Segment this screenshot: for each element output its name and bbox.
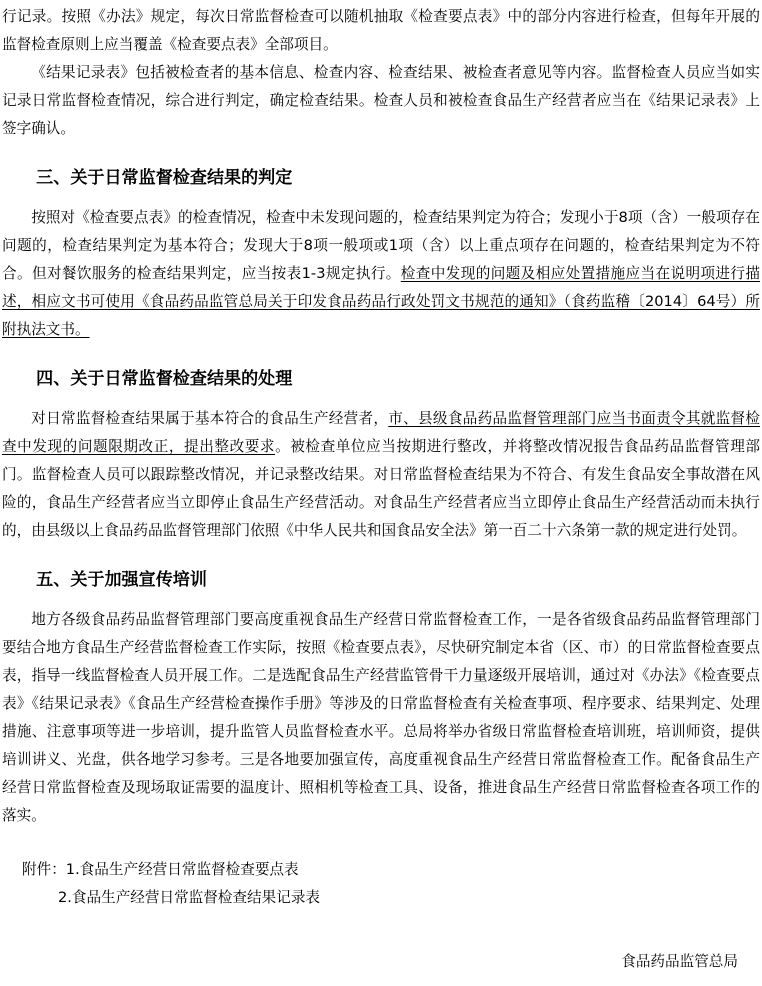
- section-heading-4: 四、关于日常监督检查结果的处理: [2, 365, 760, 393]
- section-heading-3: 三、关于日常监督检查结果的判定: [2, 164, 760, 192]
- attachments-list: 附件：1.食品生产经营日常监督检查要点表 2.食品生产经营日常监督检查结果记录表: [2, 856, 760, 912]
- signature-text: 食品药品监管总局: [621, 953, 738, 970]
- paragraph-text: 《结果记录表》包括被检查者的基本信息、检查内容、检查结果、被检查者意见等内容。监…: [2, 64, 760, 137]
- heading-text: 五、关于加强宣传培训: [36, 570, 207, 590]
- paragraph-continuation: 行记录。按照《办法》规定，每次日常监督检查可以随机抽取《检查要点表》中的部分内容…: [2, 3, 760, 59]
- document-page: 行记录。按照《办法》规定，每次日常监督检查可以随机抽取《检查要点表》中的部分内容…: [0, 0, 762, 986]
- paragraph-text: 地方各级食品药品监督管理部门要高度重视食品生产经营日常监督检查工作，一是各省级食…: [2, 611, 760, 824]
- paragraph-result-judgement: 按照对《检查要点表》的检查情况，检查中未发现问题的，检查结果判定为符合；发现小于…: [2, 204, 760, 344]
- attachment-text: 2.食品生产经营日常监督检查结果记录表: [58, 889, 320, 906]
- heading-text: 四、关于日常监督检查结果的处理: [36, 369, 292, 389]
- paragraph-text: 对日常监督检查结果属于基本符合的食品生产经营者，: [31, 410, 388, 427]
- paragraph-result-record-table: 《结果记录表》包括被检查者的基本信息、检查内容、检查结果、被检查者意见等内容。监…: [2, 59, 760, 143]
- section-heading-5: 五、关于加强宣传培训: [2, 566, 760, 594]
- attachment-item-2: 2.食品生产经营日常监督检查结果记录表: [2, 884, 760, 912]
- paragraph-text: 行记录。按照《办法》规定，每次日常监督检查可以随机抽取《检查要点表》中的部分内容…: [2, 8, 760, 53]
- paragraph-publicity-training: 地方各级食品药品监督管理部门要高度重视食品生产经营日常监督检查工作，一是各省级食…: [2, 606, 760, 830]
- paragraph-result-handling: 对日常监督检查结果属于基本符合的食品生产经营者，市、县级食品药品监督管理部门应当…: [2, 405, 760, 545]
- attachment-text: 附件：1.食品生产经营日常监督检查要点表: [22, 861, 299, 878]
- heading-text: 三、关于日常监督检查结果的判定: [36, 168, 292, 188]
- issuing-authority-signature: 食品药品监管总局: [2, 948, 760, 976]
- attachment-item-1: 附件：1.食品生产经营日常监督检查要点表: [2, 856, 760, 884]
